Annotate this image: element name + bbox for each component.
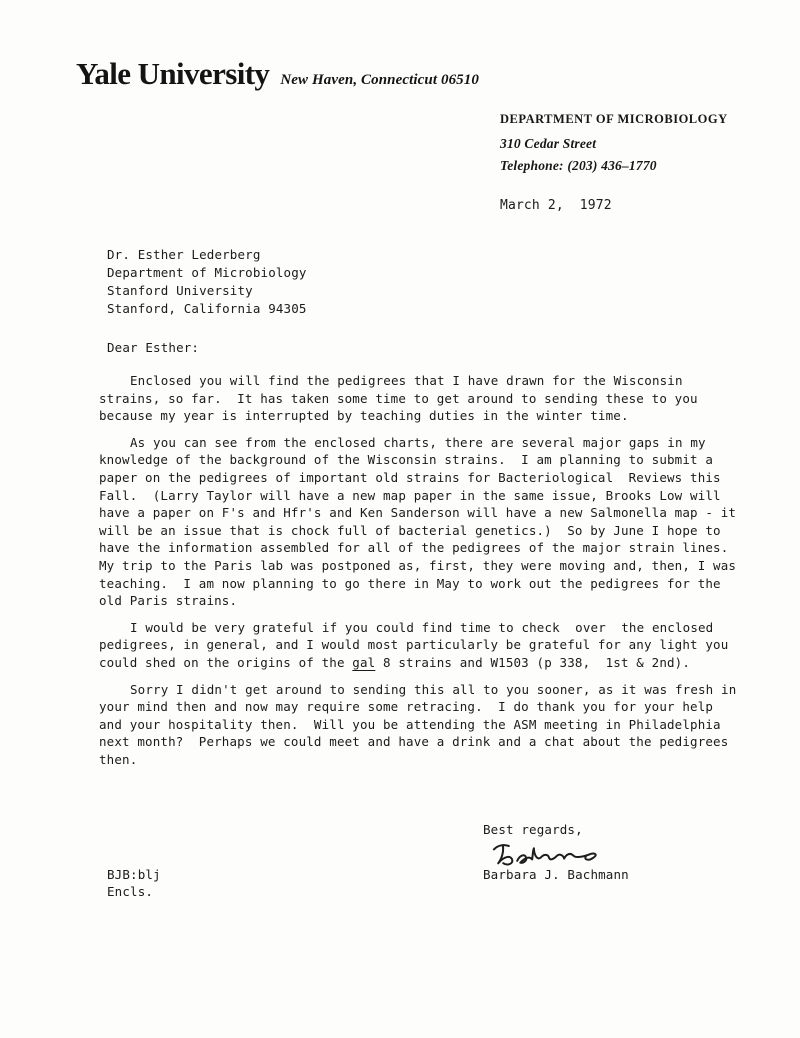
enclosure-note: Encls. [107, 884, 161, 901]
closing-block: Best regards, Barbara J. Bachmann [483, 822, 629, 883]
address-line: Stanford, California 94305 [107, 300, 307, 318]
institution-name: Yale University [76, 56, 269, 92]
letter-page: Yale University New Haven, Connecticut 0… [0, 0, 800, 1038]
institution-location: New Haven, Connecticut 06510 [280, 72, 479, 89]
letter-date: March 2, 1972 [500, 198, 612, 213]
department-name: DEPARTMENT OF MICROBIOLOGY [500, 112, 728, 127]
underlined-strain-name: gal [352, 655, 375, 670]
paragraph-2: As you can see from the enclosed charts,… [99, 434, 737, 610]
paragraph-3-text: 8 strains and W1503 (p 338, 1st & 2nd). [375, 655, 690, 670]
signed-name: Barbara J. Bachmann [483, 867, 629, 883]
valediction: Best regards, [483, 822, 629, 838]
signature-scribble [491, 838, 604, 869]
department-address: 310 Cedar Street [500, 136, 728, 152]
reference-block: BJB:blj Encls. [107, 867, 161, 900]
department-block: DEPARTMENT OF MICROBIOLOGY 310 Cedar Str… [500, 112, 728, 180]
department-telephone: Telephone: (203) 436–1770 [500, 158, 728, 174]
salutation: Dear Esther: [107, 340, 199, 355]
letterhead: Yale University New Haven, Connecticut 0… [76, 56, 479, 92]
address-line: Stanford University [107, 282, 307, 300]
paragraph-4: Sorry I didn't get around to sending thi… [99, 681, 737, 769]
letter-body: Enclosed you will find the pedigrees tha… [99, 372, 737, 777]
typist-reference: BJB:blj [107, 867, 161, 884]
paragraph-3: I would be very grateful if you could fi… [99, 619, 737, 672]
address-line: Department of Microbiology [107, 264, 307, 282]
paragraph-1: Enclosed you will find the pedigrees tha… [99, 372, 737, 425]
address-line: Dr. Esther Lederberg [107, 246, 307, 264]
recipient-address: Dr. Esther Lederberg Department of Micro… [107, 246, 307, 318]
